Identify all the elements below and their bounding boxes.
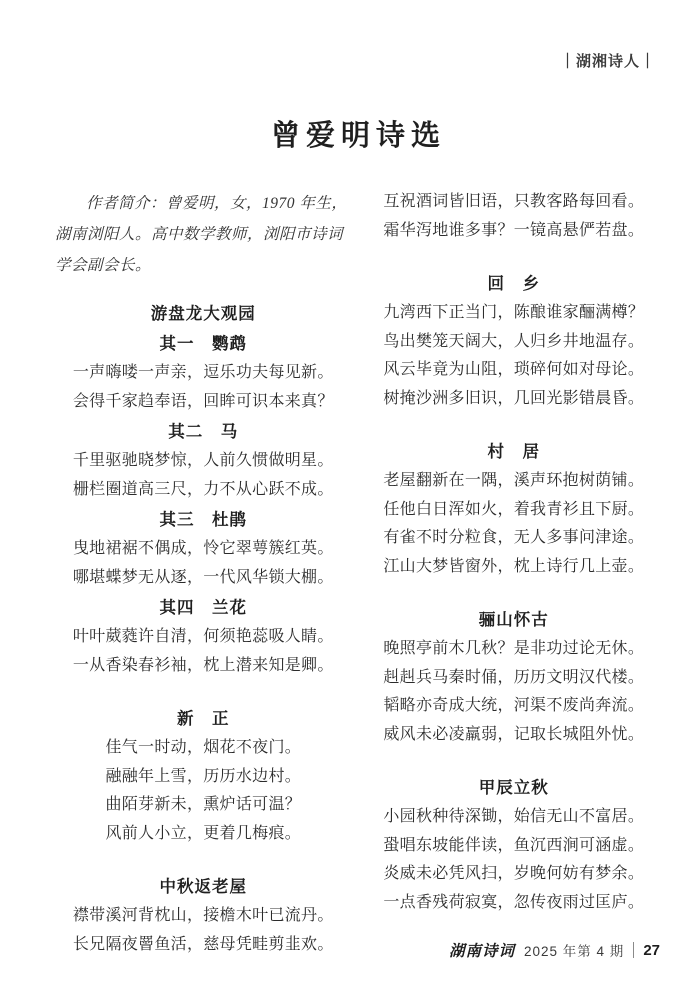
poem-line: 千里驱驰晓梦惊，人前久惯做明星。: [55, 447, 352, 476]
poem-column-left: 作者简介：曾爱明，女，1970 年生，湖南浏阳人。高中数学教师，浏阳市诗词学会副…: [55, 188, 352, 959]
poem-line: 威风未必凌羸弱，记取长城阻外忧。: [366, 721, 663, 750]
poem-title: 新 正: [55, 704, 352, 733]
poem-block: 其四 兰花叶叶葳蕤许自清，何须艳蕊吸人睛。一从香染春衫袖，枕上潜来知是卿。: [55, 593, 352, 680]
poem-title: 骊山怀古: [366, 605, 663, 634]
page-footer: 湖南诗词 2025 年第 4 期 27: [449, 939, 660, 961]
poem-block: 村 居老屋翻新在一隅，溪声环抱树荫铺。任他白日浑如火，着我青衫且下厨。有雀不时分…: [366, 437, 663, 581]
poem-line: 晚照亭前木几秋？是非功过论无休。: [366, 635, 663, 664]
poem-block: 甲辰立秋小园秋种待深锄，始信无山不富居。蛩唱东坡能伴读，鱼沉西涧可涵虚。炎威未必…: [366, 773, 663, 917]
poem-title: 村 居: [366, 437, 663, 466]
poem-line: 一点香残荷寂寞，忽传夜雨过匡庐。: [366, 889, 663, 918]
poem-line: 风云毕竟为山阻，琐碎何如对母论。: [366, 356, 663, 385]
page-number: 27: [643, 942, 660, 959]
poem-title: 游盘龙大观园: [55, 299, 352, 328]
journal-section-tag: ｜湖湘诗人｜: [55, 50, 662, 71]
poem-line: 融融年上雪，历历水边村。: [55, 763, 352, 792]
poem-block: 游盘龙大观园: [55, 299, 352, 328]
poem-block: 骊山怀古晚照亭前木几秋？是非功过论无休。赳赳兵马秦时俑，历历文明汉代楼。韬略亦奇…: [366, 605, 663, 749]
poem-line: 佳气一时动，烟花不夜门。: [55, 734, 352, 763]
poem-line: 会得千家趋奉语，回眸可识本来真？: [55, 388, 352, 417]
poem-block: 其二 马千里驱驰晓梦惊，人前久惯做明星。栅栏圈道高三尺，力不从心跃不成。: [55, 417, 352, 504]
poem-line: 任他白日浑如火，着我青衫且下厨。: [366, 496, 663, 525]
poem-line: 树掩沙洲多旧识，几回光影错晨昏。: [366, 385, 663, 414]
issue-label: 2025 年第 4 期: [524, 940, 624, 960]
poem-line: 老屋翻新在一隅，溪声环抱树荫铺。: [366, 467, 663, 496]
poem-title: 回 乡: [366, 269, 663, 298]
poem-line: 霜华泻地谁多事？一镜高悬俨若盘。: [366, 217, 663, 246]
poem-block: 其三 杜鹃曳地裙裾不偶成，怜它翠萼簇红英。哪堪蝶梦无从逐，一代风华锁大棚。: [55, 505, 352, 592]
poem-line: 长兄隔夜罾鱼活，慈母凭畦剪韭欢。: [55, 931, 352, 960]
poem-line: 曳地裙裾不偶成，怜它翠萼簇红英。: [55, 535, 352, 564]
poem-line: 曲陌芽新未，熏炉话可温？: [55, 791, 352, 820]
poem-column-right: 互祝酒词皆旧语，只教客路每回看。霜华泻地谁多事？一镜高悬俨若盘。回 乡九湾西下正…: [366, 188, 663, 917]
poem-line: 九湾西下正当门，陈酿谁家酾满樽？: [366, 299, 663, 328]
poem-line: 哪堪蝶梦无从逐，一代风华锁大棚。: [55, 564, 352, 593]
author-bio: 作者简介：曾爱明，女，1970 年生，湖南浏阳人。高中数学教师，浏阳市诗词学会副…: [55, 188, 352, 281]
footer-divider: [633, 942, 634, 958]
page-title: 曾爱明诗选: [55, 113, 662, 154]
poem-line: 鸟出樊笼天阔大，人归乡井地温存。: [366, 328, 663, 357]
poem-line: 炎威未必凭风扫，岁晚何妨有梦余。: [366, 860, 663, 889]
poem-line: 一声嗨喽一声亲，逗乐功夫每见新。: [55, 359, 352, 388]
poem-title: 其三 杜鹃: [55, 505, 352, 534]
poem-line: 互祝酒词皆旧语，只教客路每回看。: [366, 188, 663, 217]
poem-title: 中秋返老屋: [55, 872, 352, 901]
poem-title: 其一 鹦鹉: [55, 329, 352, 358]
poem-line: 栅栏圈道高三尺，力不从心跃不成。: [55, 476, 352, 505]
poem-line: 江山大梦皆窗外，枕上诗行几上壶。: [366, 553, 663, 582]
poem-line: 一从香染春衫袖，枕上潜来知是卿。: [55, 652, 352, 681]
poem-title: 其二 马: [55, 417, 352, 446]
poem-line: 襟带溪河背枕山，接檐木叶已流丹。: [55, 902, 352, 931]
journal-logo-text: 湖南诗词: [449, 939, 515, 961]
poem-block: 中秋返老屋襟带溪河背枕山，接檐木叶已流丹。长兄隔夜罾鱼活，慈母凭畦剪韭欢。: [55, 872, 352, 959]
poem-line: 蛩唱东坡能伴读，鱼沉西涧可涵虚。: [366, 832, 663, 861]
poem-block: 其一 鹦鹉一声嗨喽一声亲，逗乐功夫每见新。会得千家趋奉语，回眸可识本来真？: [55, 329, 352, 416]
poem-title: 其四 兰花: [55, 593, 352, 622]
poem-line: 风前人小立，更着几梅痕。: [55, 820, 352, 849]
poem-line: 赳赳兵马秦时俑，历历文明汉代楼。: [366, 664, 663, 693]
content-columns: 作者简介：曾爱明，女，1970 年生，湖南浏阳人。高中数学教师，浏阳市诗词学会副…: [55, 188, 662, 959]
poem-block: 回 乡九湾西下正当门，陈酿谁家酾满樽？鸟出樊笼天阔大，人归乡井地温存。风云毕竟为…: [366, 269, 663, 413]
poem-block: 新 正佳气一时动，烟花不夜门。融融年上雪，历历水边村。曲陌芽新未，熏炉话可温？风…: [55, 704, 352, 848]
poem-line: 小园秋种待深锄，始信无山不富居。: [366, 803, 663, 832]
magazine-page: ｜湖湘诗人｜ 曾爱明诗选 作者简介：曾爱明，女，1970 年生，湖南浏阳人。高中…: [0, 0, 700, 989]
poem-line: 有雀不时分粒食，无人多事问津途。: [366, 524, 663, 553]
poem-block: 互祝酒词皆旧语，只教客路每回看。霜华泻地谁多事？一镜高悬俨若盘。: [366, 188, 663, 245]
poem-line: 叶叶葳蕤许自清，何须艳蕊吸人睛。: [55, 623, 352, 652]
poem-line: 韬略亦奇成大统，河渠不废尚奔流。: [366, 692, 663, 721]
poem-title: 甲辰立秋: [366, 773, 663, 802]
